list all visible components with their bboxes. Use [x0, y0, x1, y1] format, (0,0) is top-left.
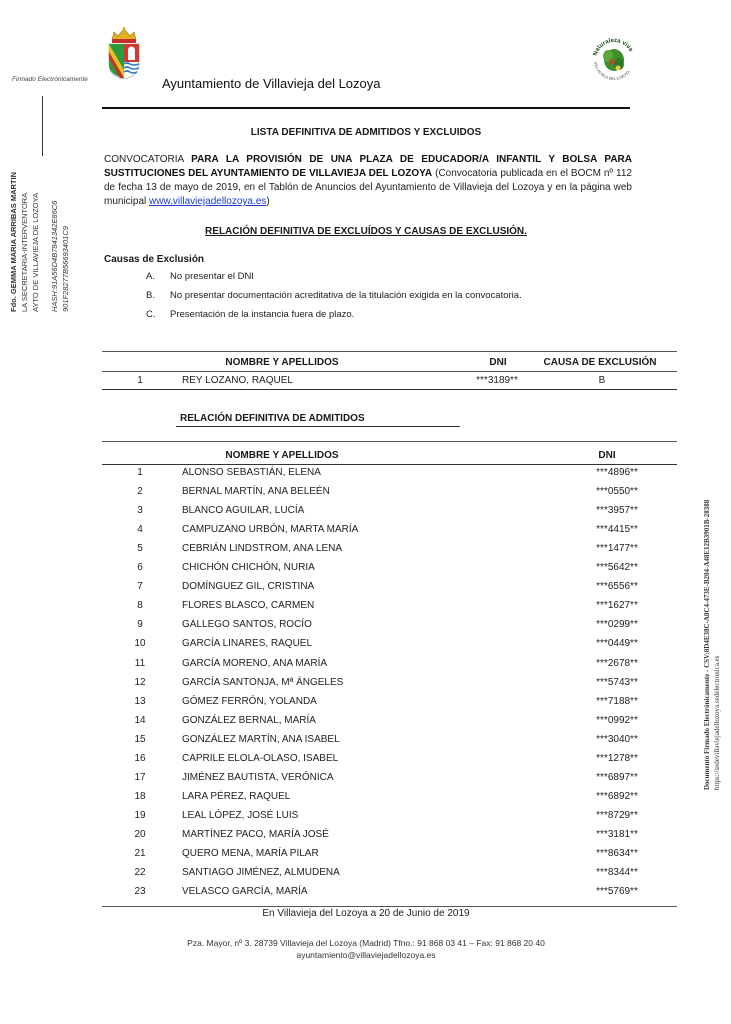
- exclusion-cause-item: A.No presentar el DNI: [146, 267, 522, 286]
- excluded-section-title: RELACIÓN DEFINITIVA DE EXCLUÍDOS Y CAUSA…: [102, 226, 630, 237]
- csv-url[interactable]: https://sedevillaviejadellozoya.sedelect…: [712, 500, 722, 790]
- row-number: 2: [102, 486, 178, 497]
- row-number: 6: [102, 562, 178, 573]
- admitted-table-row: 10GARCÍA LINARES, RAQUEL***0449**: [102, 638, 677, 657]
- row-dni: ***8729**: [572, 810, 662, 821]
- footer-address: Pza. Mayor, nº 3. 28739 Villavieja del L…: [102, 937, 630, 949]
- row-name: LARA PÉREZ, RAQUEL: [182, 791, 290, 802]
- row-number: 11: [102, 658, 178, 669]
- row-dni: ***5769**: [572, 886, 662, 897]
- signer-role: LA SECRETARIA-INTERVENTORA: [19, 172, 30, 312]
- row-name: QUERO MENA, MARÍA PILAR: [182, 848, 319, 859]
- row-dni: ***4415**: [572, 524, 662, 535]
- row-number: 19: [102, 810, 178, 821]
- signer-entity: AYTO DE VILLAVIEJA DE LOZOYA: [30, 172, 41, 312]
- row-number: 14: [102, 715, 178, 726]
- row-number: 17: [102, 772, 178, 783]
- cause-letter: A.: [146, 267, 170, 286]
- signer-name: Fdo. GEMMA MARIA ARRIBAS MARTIN: [8, 172, 19, 312]
- row-dni: ***6892**: [572, 791, 662, 802]
- row-name: GARCÍA MORENO, ANA MARÍA: [182, 658, 327, 669]
- signature-hash-2: 901F28277B56693401C9: [60, 172, 71, 312]
- admitted-table-row: 13GÓMEZ FERRÓN, YOLANDA***7188**: [102, 696, 677, 715]
- csv-verification-block: Documento Firmado Electrónicamente - CSV…: [702, 500, 722, 790]
- row-dni: ***6897**: [572, 772, 662, 783]
- admitted-table-row: 2BERNAL MARTÍN, ANA BELEÉN***0550**: [102, 486, 677, 505]
- admitted-table-row: 1ALONSO SEBASTIÁN, ELENA***4896**: [102, 467, 677, 486]
- admitted-table-row: 5CEBRIÁN LINDSTROM, ANA LENA***1477**: [102, 543, 677, 562]
- row-cause: B: [542, 375, 662, 386]
- place-and-date: En Villavieja del Lozoya a 20 de Junio d…: [102, 908, 630, 919]
- admitted-table-row: 14GONZÁLEZ BERNAL, MARÍA***0992**: [102, 715, 677, 734]
- cause-text: No presentar el DNI: [170, 267, 254, 286]
- admitted-table-row: 19LEAL LÓPEZ, JOSÉ LUIS***8729**: [102, 810, 677, 829]
- row-name: SANTIAGO JIMÉNEZ, ALMUDENA: [182, 867, 340, 878]
- admitted-header-dni: DNI: [562, 450, 652, 461]
- signature-block: Fdo. GEMMA MARIA ARRIBAS MARTIN LA SECRE…: [8, 172, 71, 312]
- admitted-table-row: 20MARTÍNEZ PACO, MARÍA JOSÉ***3181**: [102, 829, 677, 848]
- row-dni: ***7188**: [572, 696, 662, 707]
- row-dni: ***1477**: [572, 543, 662, 554]
- row-name: GARCÍA LINARES, RAQUEL: [182, 638, 312, 649]
- convocatoria-close: ): [266, 196, 269, 207]
- admitted-table-row: 15GONZÁLEZ MARTÍN, ANA ISABEL***3040**: [102, 734, 677, 753]
- row-number: 5: [102, 543, 178, 554]
- exclusion-cause-item: C.Presentación de la instancia fuera de …: [146, 305, 522, 324]
- row-name: CAMPUZANO URBÓN, MARTA MARÍA: [182, 524, 358, 535]
- exclusion-causes-heading: Causas de Exclusión: [104, 254, 204, 265]
- coat-of-arms-logo: [106, 26, 142, 80]
- row-number: 12: [102, 677, 178, 688]
- row-name: VELASCO GARCÍA, MARÍA: [182, 886, 308, 897]
- exclusion-cause-item: B.No presentar documentación acreditativ…: [146, 286, 522, 305]
- row-number: 1: [102, 467, 178, 478]
- row-number: 15: [102, 734, 178, 745]
- admitted-table-row: 16CAPRILE ELOLA-OLASO, ISABEL***1278**: [102, 753, 677, 772]
- row-dni: ***3957**: [572, 505, 662, 516]
- row-name: CEBRIÁN LINDSTROM, ANA LENA: [182, 543, 342, 554]
- naturaleza-viva-logo: Naturaleza viva VILLAVIEJA DEL LOZOYA: [588, 34, 640, 86]
- excluded-header-cause: CAUSA DE EXCLUSIÓN: [540, 357, 660, 368]
- row-name: ALONSO SEBASTIÁN, ELENA: [182, 467, 321, 478]
- cause-text: No presentar documentación acreditativa …: [170, 286, 522, 305]
- row-number: 23: [102, 886, 178, 897]
- admitted-table-row: 18LARA PÉREZ, RAQUEL***6892**: [102, 791, 677, 810]
- excluded-table-top-rule: [102, 351, 677, 352]
- row-dni: ***0992**: [572, 715, 662, 726]
- row-dni: ***3040**: [572, 734, 662, 745]
- excluded-table-bottom-rule: [102, 389, 677, 390]
- row-dni: ***6556**: [572, 581, 662, 592]
- row-dni: ***2678**: [572, 658, 662, 669]
- admitted-table-row: 6CHICHÓN CHICHÓN, NURIA***5642**: [102, 562, 677, 581]
- admitted-table-row: 21QUERO MENA, MARÍA PILAR***8634**: [102, 848, 677, 867]
- admitted-table-row: 3BLANCO AGUILAR, LUCÍA***3957**: [102, 505, 677, 524]
- row-number: 20: [102, 829, 178, 840]
- row-dni: ***3189**: [452, 375, 542, 386]
- row-number: 7: [102, 581, 178, 592]
- row-number: 10: [102, 638, 178, 649]
- excluded-table-row: 1 REY LOZANO, RAQUEL ***3189** B: [102, 375, 677, 394]
- convocatoria-prefix: CONVOCATORIA: [104, 154, 191, 165]
- row-number: 22: [102, 867, 178, 878]
- admitted-table-row: 4CAMPUZANO URBÓN, MARTA MARÍA***4415**: [102, 524, 677, 543]
- admitted-section-title: RELACIÓN DEFINITIVA DE ADMITIDOS: [180, 413, 365, 424]
- row-dni: ***1278**: [572, 753, 662, 764]
- row-name: LEAL LÓPEZ, JOSÉ LUIS: [182, 810, 298, 821]
- admitted-table-row: 7DOMÍNGUEZ GIL, CRISTINA***6556**: [102, 581, 677, 600]
- row-name: CAPRILE ELOLA-OLASO, ISABEL: [182, 753, 338, 764]
- row-number: 8: [102, 600, 178, 611]
- cause-text: Presentación de la instancia fuera de pl…: [170, 305, 354, 324]
- row-dni: ***8344**: [572, 867, 662, 878]
- row-name: JIMÉNEZ BAUTISTA, VERÓNICA: [182, 772, 334, 783]
- convocatoria-paragraph: CONVOCATORIA PARA LA PROVISIÓN DE UNA PL…: [104, 153, 632, 209]
- header-divider: [102, 107, 630, 109]
- admitted-header-name: NOMBRE Y APELLIDOS: [182, 450, 382, 461]
- row-number: 16: [102, 753, 178, 764]
- admitted-table-row: 8FLORES BLASCO, CARMEN***1627**: [102, 600, 677, 619]
- footer: Pza. Mayor, nº 3. 28739 Villavieja del L…: [102, 937, 630, 961]
- csv-code: Documento Firmado Electrónicamente - CSV…: [702, 500, 712, 790]
- admitted-table-row: 12GARCÍA SANTONJA, Mª ÁNGELES***5743**: [102, 677, 677, 696]
- signed-electronically-label: Firmado Electrónicamente: [12, 76, 88, 83]
- website-link[interactable]: www.villaviejadellozoya.es: [149, 196, 266, 207]
- row-dni: ***0550**: [572, 486, 662, 497]
- row-dni: ***3181**: [572, 829, 662, 840]
- admitted-table-row: 22SANTIAGO JIMÉNEZ, ALMUDENA***8344**: [102, 867, 677, 886]
- cause-letter: B.: [146, 286, 170, 305]
- cause-letter: C.: [146, 305, 170, 324]
- row-dni: ***0449**: [572, 638, 662, 649]
- signature-divider: [42, 96, 43, 156]
- organization-name: Ayuntamiento de Villavieja del Lozoya: [162, 76, 381, 91]
- excluded-table-header-rule: [102, 371, 677, 372]
- signature-hash-1: HASH:91A56D4B7841342E86C6: [49, 172, 60, 312]
- row-number: 9: [102, 619, 178, 630]
- document-title: LISTA DEFINITIVA DE ADMITIDOS Y EXCLUIDO…: [102, 127, 630, 138]
- admitted-table-bottom-rule: [102, 906, 677, 907]
- row-dni: ***8634**: [572, 848, 662, 859]
- exclusion-causes-list: A.No presentar el DNIB.No presentar docu…: [146, 267, 522, 324]
- admitted-table-header-rule: [102, 464, 677, 465]
- row-name: GONZÁLEZ BERNAL, MARÍA: [182, 715, 316, 726]
- row-name: GARCÍA SANTONJA, Mª ÁNGELES: [182, 677, 343, 688]
- row-name: GALLEGO SANTOS, ROCÍO: [182, 619, 312, 630]
- footer-email[interactable]: ayuntamiento@villaviejadellozoya.es: [102, 949, 630, 961]
- row-dni: ***1627**: [572, 600, 662, 611]
- row-number: 21: [102, 848, 178, 859]
- excluded-header-dni: DNI: [478, 357, 518, 368]
- row-name: CHICHÓN CHICHÓN, NURIA: [182, 562, 315, 573]
- row-name: BERNAL MARTÍN, ANA BELEÉN: [182, 486, 330, 497]
- row-dni: ***5743**: [572, 677, 662, 688]
- admitted-table-top-rule: [102, 441, 677, 442]
- row-name: GONZÁLEZ MARTÍN, ANA ISABEL: [182, 734, 340, 745]
- row-dni: ***5642**: [572, 562, 662, 573]
- row-number: 18: [102, 791, 178, 802]
- excluded-header-name: NOMBRE Y APELLIDOS: [182, 357, 382, 368]
- admitted-table-row: 23VELASCO GARCÍA, MARÍA***5769**: [102, 886, 677, 905]
- admitted-table-row: 9GALLEGO SANTOS, ROCÍO***0299**: [102, 619, 677, 638]
- row-name: MARTÍNEZ PACO, MARÍA JOSÉ: [182, 829, 329, 840]
- row-number: 1: [102, 375, 178, 386]
- admitted-table-row: 17JIMÉNEZ BAUTISTA, VERÓNICA***6897**: [102, 772, 677, 791]
- admitted-title-underline: [176, 426, 460, 427]
- row-number: 13: [102, 696, 178, 707]
- row-dni: ***4896**: [572, 467, 662, 478]
- row-name: FLORES BLASCO, CARMEN: [182, 600, 314, 611]
- row-name: BLANCO AGUILAR, LUCÍA: [182, 505, 304, 516]
- row-dni: ***0299**: [572, 619, 662, 630]
- row-name: DOMÍNGUEZ GIL, CRISTINA: [182, 581, 314, 592]
- row-name: REY LOZANO, RAQUEL: [182, 375, 293, 386]
- row-number: 3: [102, 505, 178, 516]
- row-number: 4: [102, 524, 178, 535]
- row-name: GÓMEZ FERRÓN, YOLANDA: [182, 696, 317, 707]
- admitted-table-row: 11GARCÍA MORENO, ANA MARÍA***2678**: [102, 658, 677, 677]
